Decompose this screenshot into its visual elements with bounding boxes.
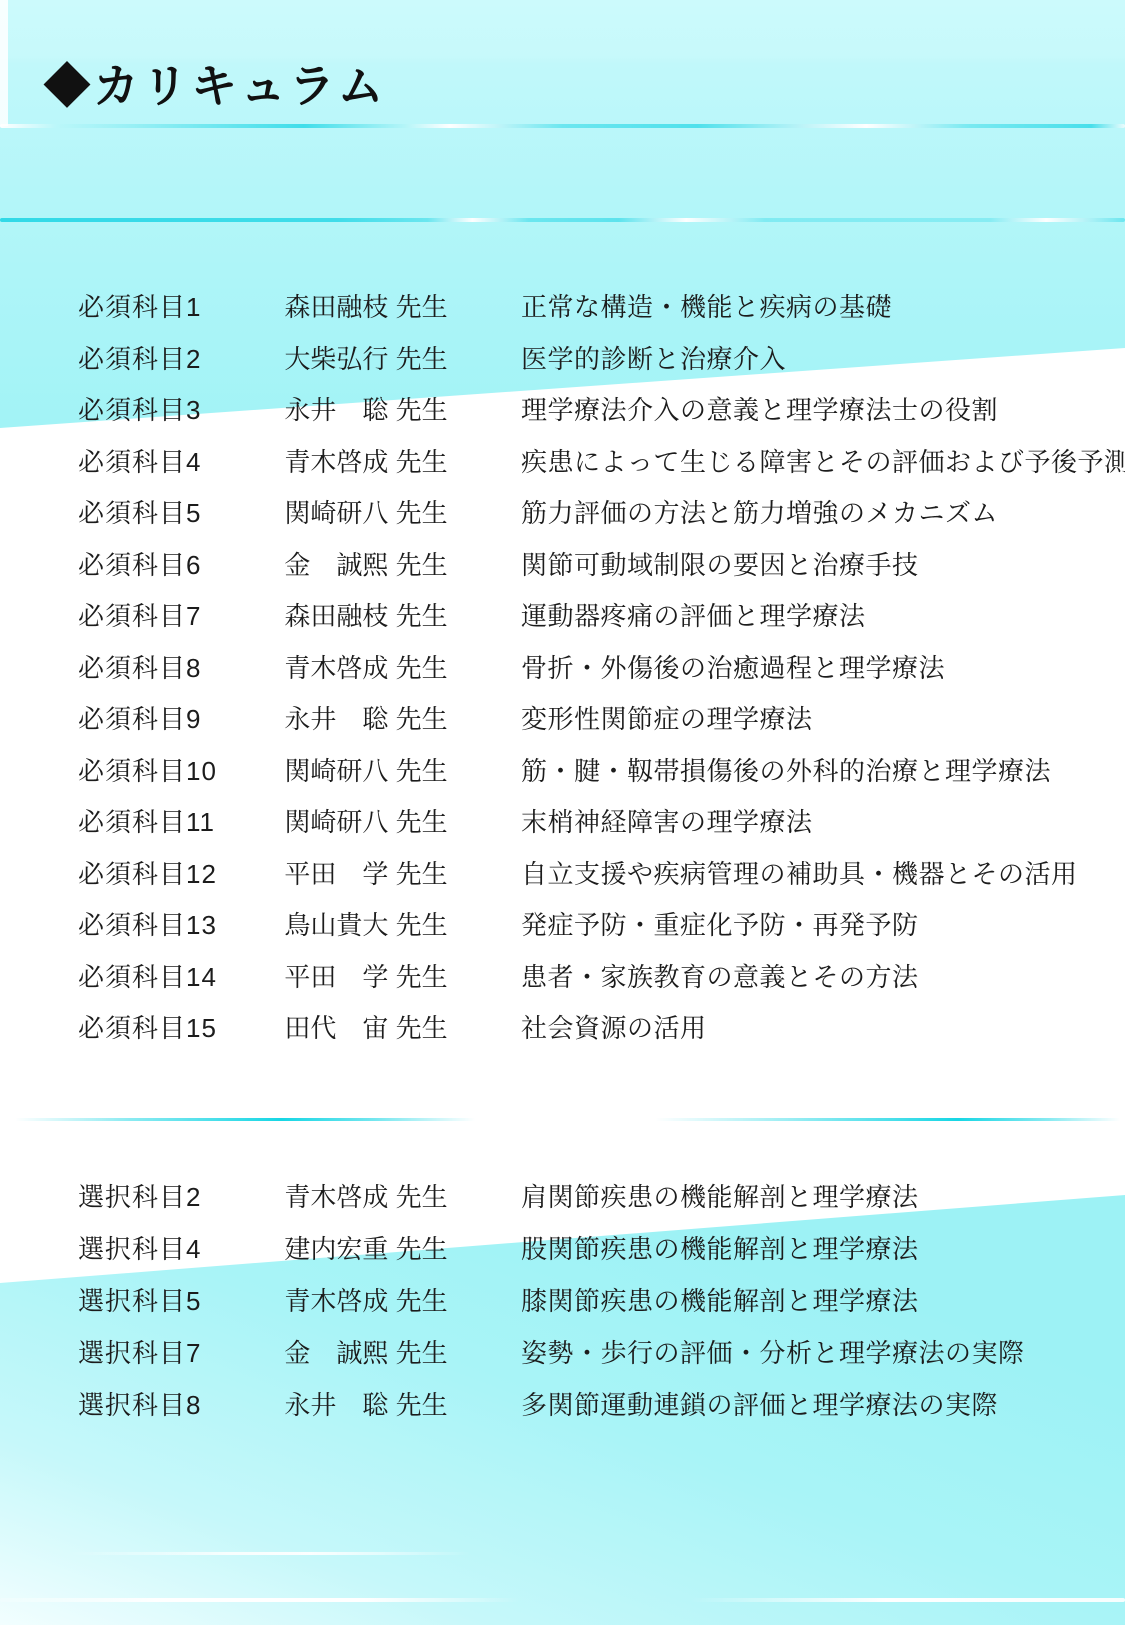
teacher-name: 金 誠熙 先生 bbox=[276, 539, 456, 591]
table-row: 選択科目2 青木啓成 先生 肩関節疾患の機能解剖と理学療法 bbox=[0, 1171, 1125, 1223]
subject-number: 必須科目3 bbox=[78, 384, 201, 436]
subject-number: 選択科目2 bbox=[78, 1171, 201, 1223]
table-row: 必須科目13 鳥山貴大 先生 発症予防・重症化予防・再発予防 bbox=[0, 899, 1125, 951]
teacher-name: 関崎研八 先生 bbox=[276, 745, 456, 797]
teacher-name: 関崎研八 先生 bbox=[276, 487, 456, 539]
lecture-title: 自立支援や疾病管理の補助具・機器とその活用 bbox=[521, 848, 1078, 900]
subject-number: 必須科目7 bbox=[78, 590, 201, 642]
teacher-name: 青木啓成 先生 bbox=[276, 1275, 456, 1327]
table-row: 必須科目12 平田 学 先生 自立支援や疾病管理の補助具・機器とその活用 bbox=[0, 848, 1125, 900]
subject-number: 必須科目4 bbox=[78, 436, 201, 488]
lecture-title: 姿勢・歩行の評価・分析と理学療法の実際 bbox=[521, 1327, 1025, 1379]
teacher-name: 永井 聡 先生 bbox=[276, 384, 456, 436]
lecture-title: 医学的診断と治療介入 bbox=[521, 333, 786, 385]
subject-number: 必須科目13 bbox=[78, 899, 217, 951]
teacher-name: 永井 聡 先生 bbox=[276, 1379, 456, 1431]
table-row: 選択科目7 金 誠熙 先生 姿勢・歩行の評価・分析と理学療法の実際 bbox=[0, 1327, 1125, 1379]
lecture-title: 末梢神経障害の理学療法 bbox=[521, 796, 813, 848]
table-row: 必須科目1 森田融枝 先生 正常な構造・機能と疾病の基礎 bbox=[0, 281, 1125, 333]
table-row: 必須科目2 大柴弘行 先生 医学的診断と治療介入 bbox=[0, 333, 1125, 385]
teacher-name: 平田 学 先生 bbox=[276, 848, 456, 900]
subject-number: 必須科目15 bbox=[78, 1002, 217, 1054]
subject-number: 必須科目9 bbox=[78, 693, 201, 745]
gradient-streak bbox=[0, 1598, 520, 1602]
teacher-name: 鳥山貴大 先生 bbox=[276, 899, 456, 951]
gradient-streak bbox=[655, 1118, 1120, 1121]
lecture-title: 変形性関節症の理学療法 bbox=[521, 693, 813, 745]
lecture-title: 筋力評価の方法と筋力増強のメカニズム bbox=[521, 487, 998, 539]
table-row: 必須科目4 青木啓成 先生 疾患によって生じる障害とその評価および予後予測 bbox=[0, 436, 1125, 488]
gradient-streak bbox=[690, 1598, 1125, 1602]
table-row: 必須科目7 森田融枝 先生 運動器疼痛の評価と理学療法 bbox=[0, 590, 1125, 642]
table-row: 必須科目14 平田 学 先生 患者・家族教育の意義とその方法 bbox=[0, 951, 1125, 1003]
lecture-title: 膝関節疾患の機能解剖と理学療法 bbox=[521, 1275, 919, 1327]
table-row: 選択科目5 青木啓成 先生 膝関節疾患の機能解剖と理学療法 bbox=[0, 1275, 1125, 1327]
subject-number: 選択科目5 bbox=[78, 1275, 201, 1327]
subject-number: 必須科目6 bbox=[78, 539, 201, 591]
page-title: ◆カリキュラム bbox=[44, 50, 387, 116]
teacher-name: 永井 聡 先生 bbox=[276, 693, 456, 745]
teacher-name: 金 誠熙 先生 bbox=[276, 1327, 456, 1379]
subject-number: 必須科目8 bbox=[78, 642, 201, 694]
lecture-title: 骨折・外傷後の治癒過程と理学療法 bbox=[521, 642, 945, 694]
lecture-title: 多関節運動連鎖の評価と理学療法の実際 bbox=[521, 1379, 998, 1431]
teacher-name: 森田融枝 先生 bbox=[276, 281, 456, 333]
subject-number: 選択科目4 bbox=[78, 1223, 201, 1275]
lecture-title: 正常な構造・機能と疾病の基礎 bbox=[521, 281, 892, 333]
table-row: 必須科目9 永井 聡 先生 変形性関節症の理学療法 bbox=[0, 693, 1125, 745]
teacher-name: 関崎研八 先生 bbox=[276, 796, 456, 848]
subject-number: 選択科目8 bbox=[78, 1379, 201, 1431]
subject-number: 必須科目12 bbox=[78, 848, 217, 900]
lecture-title: 疾患によって生じる障害とその評価および予後予測 bbox=[521, 436, 1125, 488]
subject-number: 必須科目11 bbox=[78, 796, 215, 848]
lecture-title: 運動器疼痛の評価と理学療法 bbox=[521, 590, 866, 642]
left-edge-highlight bbox=[0, 0, 8, 126]
lecture-title: 患者・家族教育の意義とその方法 bbox=[521, 951, 919, 1003]
subject-number: 必須科目1 bbox=[78, 281, 201, 333]
table-row: 選択科目4 建内宏重 先生 股関節疾患の機能解剖と理学療法 bbox=[0, 1223, 1125, 1275]
teacher-name: 青木啓成 先生 bbox=[276, 436, 456, 488]
teacher-name: 大柴弘行 先生 bbox=[276, 333, 456, 385]
table-row: 必須科目5 関崎研八 先生 筋力評価の方法と筋力増強のメカニズム bbox=[0, 487, 1125, 539]
lecture-title: 関節可動域制限の要因と治療手技 bbox=[521, 539, 919, 591]
table-row: 必須科目11 関崎研八 先生 末梢神経障害の理学療法 bbox=[0, 796, 1125, 848]
lecture-title: 筋・腱・靱帯損傷後の外科的治療と理学療法 bbox=[521, 745, 1051, 797]
table-row: 選択科目8 永井 聡 先生 多関節運動連鎖の評価と理学療法の実際 bbox=[0, 1379, 1125, 1431]
subject-number: 必須科目14 bbox=[78, 951, 217, 1003]
lecture-title: 理学療法介入の意義と理学療法士の役割 bbox=[521, 384, 998, 436]
subject-number: 必須科目2 bbox=[78, 333, 201, 385]
table-row: 必須科目15 田代 宙 先生 社会資源の活用 bbox=[0, 1002, 1125, 1054]
table-row: 必須科目10 関崎研八 先生 筋・腱・靱帯損傷後の外科的治療と理学療法 bbox=[0, 745, 1125, 797]
teacher-name: 建内宏重 先生 bbox=[276, 1223, 456, 1275]
table-row: 必須科目8 青木啓成 先生 骨折・外傷後の治癒過程と理学療法 bbox=[0, 642, 1125, 694]
teacher-name: 平田 学 先生 bbox=[276, 951, 456, 1003]
gradient-streak bbox=[0, 124, 1125, 128]
teacher-name: 青木啓成 先生 bbox=[276, 1171, 456, 1223]
subject-number: 必須科目10 bbox=[78, 745, 217, 797]
table-row: 必須科目6 金 誠熙 先生 関節可動域制限の要因と治療手技 bbox=[0, 539, 1125, 591]
lecture-title: 肩関節疾患の機能解剖と理学療法 bbox=[521, 1171, 919, 1223]
subject-number: 必須科目5 bbox=[78, 487, 201, 539]
teacher-name: 青木啓成 先生 bbox=[276, 642, 456, 694]
gradient-streak bbox=[15, 1118, 475, 1121]
teacher-name: 森田融枝 先生 bbox=[276, 590, 456, 642]
lecture-title: 社会資源の活用 bbox=[521, 1002, 707, 1054]
gradient-streak bbox=[0, 218, 1125, 222]
curriculum-page: ◆カリキュラム 必須科目1 森田融枝 先生 正常な構造・機能と疾病の基礎 必須科… bbox=[0, 0, 1125, 1625]
teacher-name: 田代 宙 先生 bbox=[276, 1002, 456, 1054]
gradient-streak bbox=[70, 1552, 470, 1555]
subject-number: 選択科目7 bbox=[78, 1327, 201, 1379]
lecture-title: 股関節疾患の機能解剖と理学療法 bbox=[521, 1223, 919, 1275]
table-row: 必須科目3 永井 聡 先生 理学療法介入の意義と理学療法士の役割 bbox=[0, 384, 1125, 436]
lecture-title: 発症予防・重症化予防・再発予防 bbox=[521, 899, 919, 951]
